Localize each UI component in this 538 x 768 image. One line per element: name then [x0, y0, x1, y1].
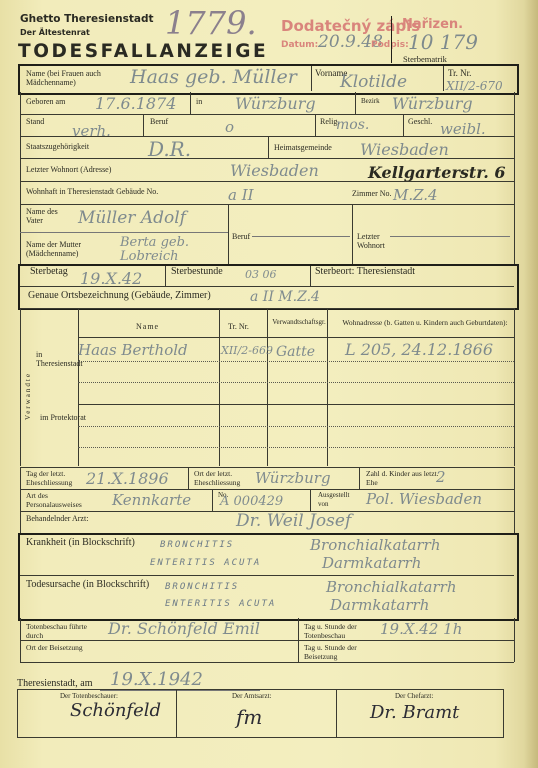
vater-value: Müller Adolf [78, 208, 186, 228]
divider [268, 136, 269, 158]
krankheit-line1: BRONCHITIS [160, 540, 234, 550]
ort-value: a II M.Z.4 [250, 289, 320, 305]
row-line [78, 404, 514, 405]
rel-name: Haas Berthold [78, 341, 188, 359]
col-line [219, 308, 220, 466]
dotted-line [78, 382, 514, 383]
beschau-tag-value: 19.X.42 1h [380, 620, 462, 638]
right-border [514, 308, 515, 466]
divider [190, 92, 191, 114]
col-addr: Wohnadresse (b. Gatten u. Kindern auch G… [340, 318, 510, 327]
rel-address: L 205, 24.12.1866 [345, 340, 493, 359]
stamp-datum-label: Datum: [281, 40, 318, 50]
staat-label: Staatszugehörigkeit [26, 142, 89, 151]
wohnort-line [390, 236, 510, 237]
row-line [78, 337, 514, 338]
beisetzung-label: Ort der Beisetzung [26, 643, 86, 652]
divider [336, 689, 337, 737]
sig3-signature: Dr. Bramt [370, 702, 459, 723]
letzter-label: Letzter Wohnort (Adresse) [26, 165, 111, 174]
stamp-podpis-label: Podpis: [371, 40, 409, 50]
date-value: 19.X.1942 [110, 669, 203, 690]
beschau-tag-label: Tag u. Stunde der Totenbeschau [304, 622, 374, 640]
wohnhaft-label: Wohnhaft in Theresienstadt Gebäude No. [26, 187, 158, 196]
divider [352, 204, 353, 264]
bezirk-value: Würzburg [392, 94, 473, 113]
geboren-label: Geboren am [26, 97, 65, 106]
sig1-signature: Schönfeld [70, 700, 161, 721]
sterbetag-label: Sterbetag [30, 267, 68, 276]
ursache-line1: BRONCHITIS [165, 582, 239, 592]
dotted-line [78, 447, 514, 448]
ursache-label: Todesursache (in Blockschrift) [26, 580, 149, 589]
vorname-value: Klotilde [340, 72, 407, 92]
arzt-value: Dr. Weil Josef [236, 511, 351, 531]
col-line [78, 308, 79, 466]
ghetto-header: Ghetto Theresienstadt [20, 13, 154, 25]
relig-value: mos. [336, 117, 369, 133]
name-value: Haas geb. Müller [130, 66, 297, 88]
trnr-label: Tr. Nr. [448, 69, 471, 78]
totenbeschau-label: Totenbeschau führte durch [26, 622, 91, 640]
right-border [514, 618, 515, 662]
heimat-label: Heimatsgemeinde [274, 143, 332, 152]
divider [165, 266, 166, 286]
col-line [267, 308, 268, 466]
eheschl-ort-label: Ort der letzt. Eheschliessung [194, 469, 259, 487]
row-line [20, 640, 514, 641]
eheschl-tag-label: Tag der letzt. Eheschliessung [26, 469, 91, 487]
beruf-value: o [225, 118, 234, 136]
beruf2-label: Beruf [232, 232, 252, 241]
rel-trnr: XII/2-669 [221, 344, 273, 357]
divider [310, 266, 311, 286]
divider [228, 204, 229, 264]
row-line [20, 136, 514, 137]
form-title: TODESFALLANZEIGE [18, 41, 268, 62]
krankheit-czech2: Darmkatarrh [322, 554, 421, 572]
rel-relationship: Gatte [276, 344, 315, 360]
ort-label: Genaue Ortsbezeichnung (Gebäude, Zimmer) [28, 291, 211, 300]
divider [143, 114, 144, 136]
in-value: Würzburg [235, 94, 316, 113]
place-label: Theresienstadt, am [17, 679, 93, 688]
council-header: Der Ältestenrat [20, 28, 90, 37]
sig2-signature: fm [236, 705, 262, 729]
ursache-czech2: Darmkatarrh [330, 596, 429, 614]
ursache-line2: ENTERITIS ACUTA [165, 599, 276, 609]
sig2-label: Der Amtsarzt: [232, 692, 271, 701]
no-value: A 000429 [220, 494, 283, 509]
col-rel: Verwandtschaftsgr. [272, 318, 326, 327]
kinder-label: Zahl d. Kinder aus letzt. Ehe [366, 469, 441, 487]
row-line [20, 232, 228, 233]
geschl-label: Geschl. [408, 117, 432, 126]
krankheit-line2: ENTERITIS ACUTA [150, 558, 261, 568]
name-label: Name (bei Frauen auch Mädchenname) [26, 69, 106, 87]
divider [359, 467, 360, 489]
divider [188, 467, 189, 489]
sterbematrik-label: Sterbematrik [403, 55, 447, 64]
totenbeschau-value: Dr. Schönfeld Emil [108, 619, 260, 638]
row-line [20, 662, 514, 663]
mutter-value: Berta geb. Lobreich [120, 236, 220, 264]
ausweis-value: Kennkarte [112, 491, 191, 509]
bezirk-label: Bezirk [361, 97, 380, 106]
ausgestellt-label: Ausgestellt von [318, 491, 356, 509]
eheschl-ort-value: Würzburg [255, 469, 331, 487]
row-line [20, 114, 514, 115]
col-line [327, 308, 328, 466]
ausweis-label: Art des Personalausweises [26, 491, 96, 509]
beruf-line [252, 236, 350, 237]
stand-value: verh. [72, 122, 111, 140]
ursache-czech1: Bronchialkatarrh [326, 578, 457, 596]
group-protektorat: im Protektorat [40, 413, 86, 422]
row-line [20, 158, 514, 159]
left-border [20, 467, 21, 533]
row-line [20, 204, 514, 205]
in-label: in [196, 97, 202, 106]
divider [310, 489, 311, 511]
beruf-label: Beruf [150, 117, 168, 126]
arzt-label: Behandelnder Arzt: [26, 514, 88, 523]
side-label: Verwandte [24, 372, 32, 420]
sterbematrik-value: 10 179 [408, 30, 478, 54]
divider [443, 66, 444, 91]
geboren-value: 17.6.1874 [95, 94, 176, 113]
letzter-value: Wiesbaden [230, 161, 319, 180]
divider [315, 114, 316, 136]
col-name: Name [136, 322, 159, 331]
divider [403, 114, 404, 136]
letzter-wohnort-label: Letzter Wohnort [357, 232, 397, 250]
zimmer-label: Zimmer No. [352, 189, 392, 198]
krankheit-label: Krankheit (in Blockschrift) [26, 538, 135, 547]
row-line [20, 286, 514, 287]
kinder-value: 2 [436, 468, 446, 486]
sterbestunde-value: 03 06 [245, 268, 277, 281]
right-border [514, 467, 515, 533]
divider [212, 489, 213, 511]
divider [355, 92, 356, 114]
heimat-value: Wiesbaden [360, 140, 449, 159]
vater-label: Name des Vater [26, 207, 66, 225]
mutter-label: Name der Mutter (Mädchenname) [26, 240, 121, 258]
zimmer-value: M.Z.4 [393, 186, 438, 204]
dotted-line [78, 426, 514, 427]
row-line [20, 575, 514, 576]
krankheit-czech1: Bronchialkatarrh [310, 536, 441, 554]
sig3-label: Der Chefarzt: [395, 692, 433, 701]
trnr-value: XII/2-670 [446, 79, 503, 93]
death-notice-form: Ghetto Theresienstadt Der Ältestenrat TO… [0, 0, 538, 768]
divider [176, 689, 177, 737]
ausgestellt-value: Pol. Wiesbaden [366, 490, 482, 508]
eheschl-tag-value: 21.X.1896 [86, 469, 169, 488]
right-border [514, 92, 515, 264]
stand-label: Stand [26, 117, 44, 126]
divider [311, 66, 312, 91]
dotted-line [78, 361, 514, 362]
col-trnr: Tr. Nr. [228, 322, 249, 331]
wohnhaft-value: a II [228, 186, 254, 204]
row-line [20, 181, 514, 182]
left-border [20, 92, 21, 264]
letzter-strasse: Kellgarterstr. 6 [368, 163, 506, 182]
paper-edge-shadow [524, 0, 538, 768]
sterbeort-label: Sterbeort: Theresienstadt [315, 267, 415, 276]
sterbestunde-label: Sterbestunde [171, 267, 223, 276]
header-divider [391, 16, 392, 63]
beisetzung-tag-label: Tag u. Stunde der Beisetzung [304, 643, 374, 661]
group-theresienstadt: in Theresienstadt [36, 350, 78, 368]
handwritten-number: 1779. [165, 4, 257, 42]
left-border [20, 308, 21, 466]
